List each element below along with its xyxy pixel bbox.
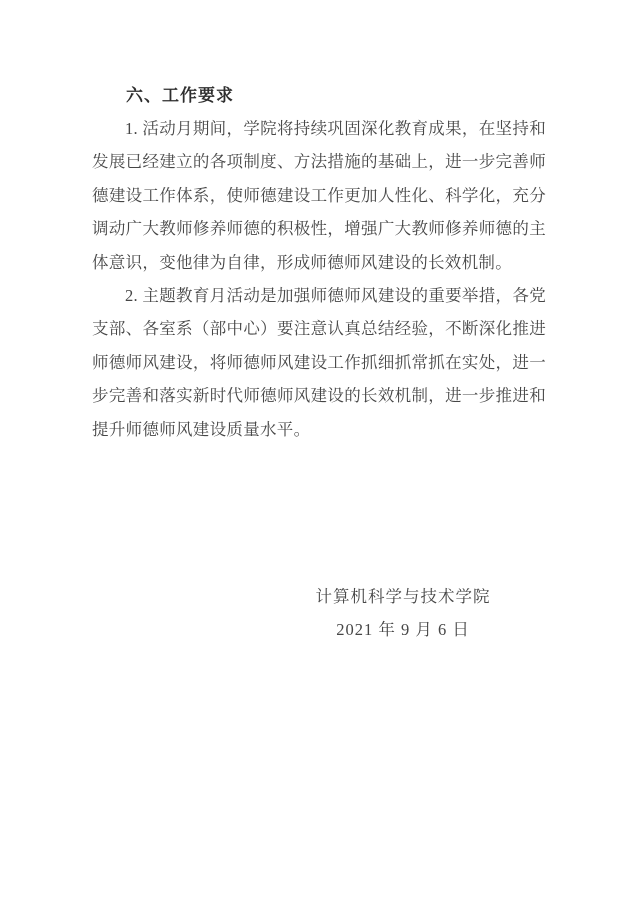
- signature-block: 计算机科学与技术学院 2021 年 9 月 6 日: [287, 580, 519, 646]
- paragraph-work-requirement-2: 2. 主题教育月活动是加强师德师风建设的重要举措，各党支部、各室系（部中心）要注…: [92, 279, 546, 446]
- signature-organization: 计算机科学与技术学院: [287, 580, 519, 613]
- document-page: 六、工作要求 1. 活动月期间，学院将持续巩固深化教育成果，在坚持和发展已经建立…: [0, 0, 639, 903]
- signature-date: 2021 年 9 月 6 日: [287, 613, 519, 646]
- paragraph-work-requirement-1: 1. 活动月期间，学院将持续巩固深化教育成果，在坚持和发展已经建立的各项制度、方…: [92, 112, 546, 279]
- section-heading: 六、工作要求: [92, 79, 546, 112]
- document-body: 六、工作要求 1. 活动月期间，学院将持续巩固深化教育成果，在坚持和发展已经建立…: [92, 79, 546, 446]
